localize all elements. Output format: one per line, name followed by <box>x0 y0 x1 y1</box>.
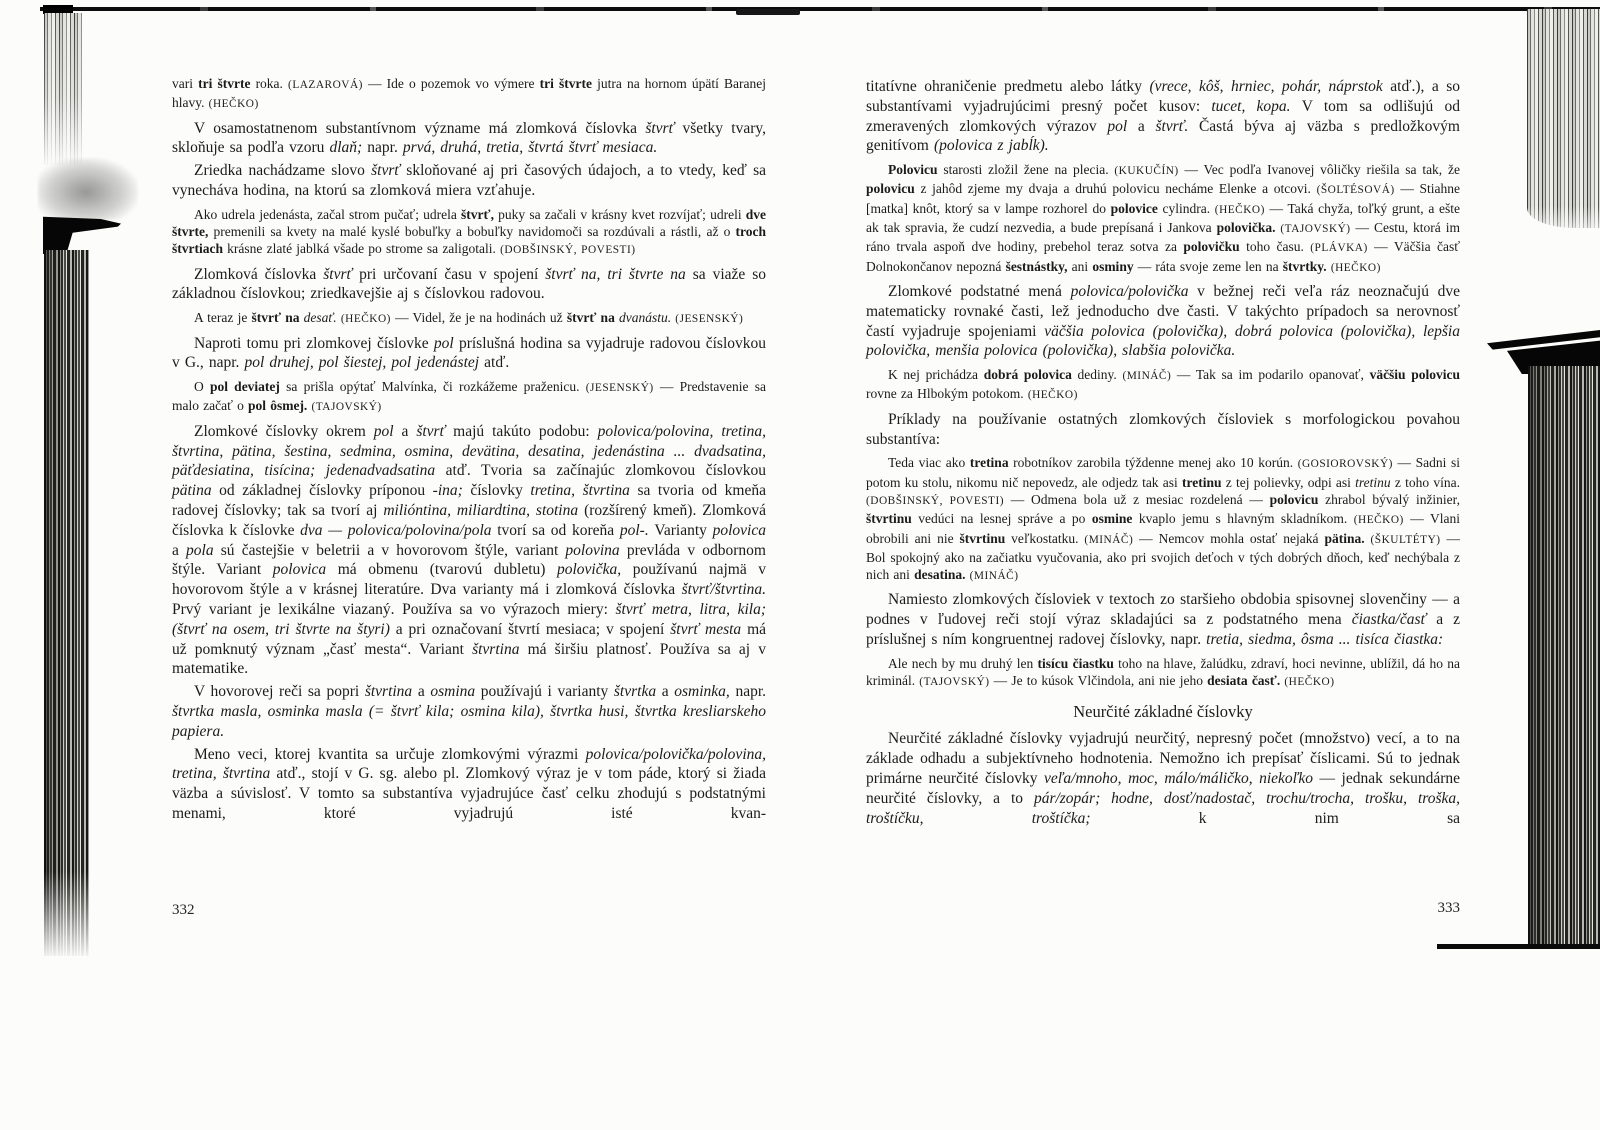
text-run: štvrť na <box>252 310 304 325</box>
text-run: štvrť <box>416 423 453 440</box>
text-run: a <box>401 423 416 440</box>
text-run: sa prišla opýtať Malvínka, či rozkážeme … <box>286 379 586 394</box>
paragraph: Zriedka nachádzame slovo štvrť skloňovan… <box>172 161 766 201</box>
text-run: (GOSIOROVSKÝ) <box>1298 458 1393 470</box>
text-run: štvrtina <box>472 641 528 658</box>
text-run: dobrá polovica <box>984 367 1078 382</box>
scan-right-page-edge-streaks-bottom <box>1528 366 1600 948</box>
page-number-right: 333 <box>866 900 1460 917</box>
text-run: — ráta svoje zeme len na <box>1138 259 1283 274</box>
text-run: (HEČKO) <box>209 98 259 110</box>
text-run: dediny. <box>1078 367 1123 382</box>
text-run: tretia, siedma, ôsma ... tisíca čiastka: <box>1206 631 1443 648</box>
text-run: dlaň; <box>329 139 367 156</box>
text-run: a <box>418 683 431 700</box>
text-run: — Vec podľa Ivanovej vôličky riešila sa … <box>1179 162 1460 177</box>
text-run: Ako udrela jedenásta, začal strom pučať;… <box>194 207 461 222</box>
text-run: polovice <box>1111 201 1163 216</box>
text-run: dvanástu. <box>619 310 675 325</box>
text-run: štvrtinu <box>866 511 918 526</box>
text-run: (TAJOVSKÝ) <box>312 401 382 413</box>
text-run: z jahôd zjeme my dvaja a druhú polovicu … <box>920 181 1316 196</box>
text-run: číslovky <box>470 482 530 499</box>
text-run: (HEČKO) <box>1028 389 1078 401</box>
text-run: polovicu <box>1270 492 1326 507</box>
text-run: vari <box>172 76 198 91</box>
scan-left-page-edge-streaks-bottom <box>44 250 89 956</box>
text-run: polovička, <box>557 561 633 578</box>
text-run: osmina <box>430 683 480 700</box>
scan-left-smudge <box>38 158 138 220</box>
text-run: veľa/mnoho, moc, málo/máličko, niekoľko <box>1044 770 1319 787</box>
scan-right-page-edge-streaks-top <box>1527 9 1600 228</box>
text-run: V osamostatnenom substantívnom význame m… <box>194 120 645 137</box>
text-run: (MINÁČ) <box>1084 534 1133 546</box>
text-run: štvrť <box>323 266 359 283</box>
text-run: štvrť <box>645 120 682 137</box>
scan-left-ink-wedge <box>43 216 121 254</box>
text-run: K nej prichádza <box>888 367 984 382</box>
text-run: tri štvrte <box>540 76 597 91</box>
page-number-left: 332 <box>172 902 195 919</box>
text-run: šestnástky, <box>1006 259 1072 274</box>
text-run: A teraz je <box>194 310 252 325</box>
text-run: väčšiu polovicu <box>1370 367 1460 382</box>
text-run: (TAJOVSKÝ) <box>919 676 989 688</box>
text-run: — Nemcov mohla ostať nejaká <box>1133 531 1324 546</box>
text-run: prvá, druhá, tretia, štvrtá štvrť mesiac… <box>403 139 657 156</box>
text-run: — Ide o pozemok vo výmere <box>363 76 540 91</box>
text-run: z toho vína. <box>1395 475 1460 490</box>
text-run: štvrť na <box>567 310 619 325</box>
paragraph: Neurčité základné číslovky vyjadrujú neu… <box>866 729 1460 828</box>
scan-top-middle-ink-blob <box>736 9 800 15</box>
text-run: (HEČKO) <box>1331 262 1381 274</box>
paragraph: Teda viac ako tretina robotníkov zarobil… <box>866 454 1460 585</box>
text-run: pol <box>374 423 402 440</box>
text-run: tvorí sa od koreňa <box>497 522 620 539</box>
text-run: vedúci na lesnej správe a po <box>918 511 1092 526</box>
paragraph: O pol deviatej sa prišla opýtať Malvínka… <box>172 378 766 417</box>
text-run: robotníkov zarobila týždenne menej ako 1… <box>1013 455 1298 470</box>
text-run: Varianty <box>654 522 712 539</box>
text-run: Naproti tomu pri zlomkovej číslovke <box>194 335 434 352</box>
text-run: V hovorovej reči sa popri <box>194 683 365 700</box>
text-run: polovina <box>565 542 626 559</box>
scan-bottom-right-edge-line <box>1437 944 1600 949</box>
paragraph: K nej prichádza dobrá polovica dediny. (… <box>866 366 1460 405</box>
paragraph: Zlomkové číslovky okrem pol a štvrť majú… <box>172 422 766 679</box>
text-run: štvrť. <box>1155 118 1198 135</box>
text-run: Meno veci, ktorej kvantita sa určuje zlo… <box>194 746 586 763</box>
text-run: (MINÁČ) <box>970 570 1019 582</box>
text-run: desať. <box>304 310 341 325</box>
text-run: Príklady na používanie ostatných zlomkov… <box>866 411 1460 448</box>
text-run: (PLÁVKA) <box>1310 242 1368 254</box>
text-run: roka. <box>256 76 288 91</box>
text-run: štvrtka masla, osminka masla (= štvrť ki… <box>172 703 766 740</box>
text-run: desatina. <box>914 567 970 582</box>
text-run: polovica <box>713 522 766 539</box>
paragraph: Meno veci, ktorej kvantita sa určuje zlo… <box>172 745 766 824</box>
text-run: titatívne ohraničenie predmetu alebo lát… <box>866 78 1150 95</box>
scan-top-edge-line <box>40 7 1600 11</box>
text-run: pätina <box>172 482 219 499</box>
text-run: tretinu <box>1355 475 1395 490</box>
text-run: Prvý variant je lexikálne viazaný. Použí… <box>172 601 615 618</box>
text-run: štvrť/štvrtina. <box>682 581 766 598</box>
text-run: ani <box>1072 259 1093 274</box>
paragraph: Príklady na používanie ostatných zlomkov… <box>866 410 1460 450</box>
text-run: osmine <box>1092 511 1139 526</box>
paragraph: Ako udrela jedenásta, začal strom pučať;… <box>172 206 766 260</box>
text-run: (DOBŠINSKÝ, POVESTI) <box>866 495 1004 507</box>
text-run: sú častejšie v beletrii a v hovorovom št… <box>221 542 566 559</box>
text-run: pola <box>186 542 221 559</box>
text-run: k nim sa <box>1199 810 1460 827</box>
text-run: (DOBŠINSKÝ, POVESTI) <box>500 244 635 256</box>
text-run: (KUKUČÍN) <box>1114 165 1178 177</box>
text-run: osminy <box>1092 259 1137 274</box>
text-run: pätina. <box>1324 531 1370 546</box>
text-run: polovička. <box>1217 220 1281 235</box>
text-run: (HEČKO) <box>1284 676 1334 688</box>
text-run: polovičku <box>1183 239 1246 254</box>
text-run: tri štvrte <box>198 76 255 91</box>
text-run: tisícu čiastku <box>1038 656 1119 671</box>
text-run: zhrabol bývalý inžinier, <box>1325 492 1460 507</box>
text-run: Zlomková číslovka <box>194 266 323 283</box>
paragraph: Namiesto zlomkových čísloviek v textoch … <box>866 590 1460 649</box>
text-run: tretina, štvrtina <box>530 482 637 499</box>
paragraph: titatívne ohraničenie predmetu alebo lát… <box>866 77 1460 156</box>
paragraph: vari tri štvrte roka. (LAZAROVÁ) — Ide o… <box>172 75 766 114</box>
paragraph: Naproti tomu pri zlomkovej číslovke pol … <box>172 334 766 374</box>
text-run: napr. <box>367 139 403 156</box>
text-run: a <box>662 683 675 700</box>
text-run: používajú i varianty <box>481 683 614 700</box>
text-run: atď. Tvoria sa začínajúc zlomkovou číslo… <box>446 462 766 479</box>
text-run: (polovica z jabĺk). <box>934 137 1049 154</box>
text-run: — Tak sa im podarilo opanovať, <box>1171 367 1369 382</box>
text-run: cylindra. <box>1163 201 1215 216</box>
text-run: desiata časť. <box>1207 673 1284 688</box>
text-run: od základnej číslovky príponou <box>219 482 433 499</box>
text-run: (MINÁČ) <box>1122 370 1171 382</box>
text-run: Neurčité základné číslovky <box>1073 702 1253 721</box>
scan-left-page-edge-streaks-top <box>44 13 82 165</box>
text-run: polovicu <box>866 181 920 196</box>
text-run: a <box>1138 118 1156 135</box>
text-run: premenili sa kvety na malé kyslé bobuľky… <box>214 224 736 239</box>
text-run: (ŠOLTÉSOVÁ) <box>1317 184 1395 196</box>
text-run: pol ôsmej. <box>248 398 311 413</box>
text-run: kvaplo jemu s hlavným skladníkom. <box>1139 511 1354 526</box>
text-run: — Videl, že je na hodinách už <box>391 310 567 325</box>
text-run: (JESENSKÝ) <box>675 313 743 325</box>
text-run: štvrť <box>371 162 406 179</box>
text-run: O <box>194 379 210 394</box>
text-run: polovica/polovička <box>1071 283 1198 300</box>
text-run: veľkostatku. <box>1011 531 1084 546</box>
text-run: z tej polievky, odpi asi <box>1226 475 1355 490</box>
text-run: pol druhej, pol šiestej, pol jedenástej <box>244 354 484 371</box>
paragraph: V osamostatnenom substantívnom význame m… <box>172 119 766 159</box>
text-run: štvrtinu <box>959 531 1011 546</box>
paragraph: V hovorovej reči sa popri štvrtina a osm… <box>172 682 766 741</box>
text-run: majú takúto podobu: <box>453 423 597 440</box>
text-run: tretinu <box>1182 475 1226 490</box>
text-run: atď. <box>484 354 509 371</box>
text-run: tucet, kopa. <box>1211 98 1301 115</box>
section-heading: Neurčité základné číslovky <box>866 702 1460 722</box>
text-run: starosti zložil žene na plecia. <box>943 162 1114 177</box>
text-run: (TAJOVSKÝ) <box>1280 223 1350 235</box>
text-run: (LAZAROVÁ) <box>288 79 363 91</box>
text-run: (HEČKO) <box>1215 204 1265 216</box>
text-run: -ina; <box>433 482 471 499</box>
paragraph: Ale nech by mu druhý len tisícu čiastku … <box>866 655 1460 692</box>
text-run: pol <box>1107 118 1138 135</box>
text-run: (JESENSKÝ) <box>586 382 654 394</box>
text-run: pol deviatej <box>210 379 286 394</box>
text-run: štvrtky. <box>1283 259 1331 274</box>
text-run: (ŠKULTÉTY) <box>1371 534 1441 546</box>
text-run: — Odmena bola už z mesiac rozdelená — <box>1004 492 1270 507</box>
paragraph: Zlomkové podstatné mená polovica/polovič… <box>866 282 1460 361</box>
text-run: toho času. <box>1246 239 1310 254</box>
text-run: a pri označovaní štvrtí mesiaca; v spoje… <box>396 621 670 638</box>
text-run: štvrť na, tri štvrte na <box>545 266 693 283</box>
text-run: Polovicu <box>888 162 943 177</box>
text-run: napr. <box>735 683 766 700</box>
text-run: Zriedka nachádzame slovo <box>194 162 371 179</box>
text-run: (HEČKO) <box>1354 514 1404 526</box>
text-run: krásne zlaté jablká všade po strome sa z… <box>227 241 500 256</box>
paragraph: A teraz je štvrť na desať. (HEČKO) — Vid… <box>172 309 766 328</box>
text-run: štvrť, <box>461 207 498 222</box>
text-run: dva — polovica/polovina/pola <box>300 522 497 539</box>
text-run: pri určovaní času v spojení <box>359 266 545 283</box>
text-run: štvrť mesta <box>670 621 747 638</box>
text-run: — Je to kúsok Vlčindola, ani nie jeho <box>989 673 1207 688</box>
text-run: a <box>172 542 186 559</box>
text-run: pol-. <box>620 522 655 539</box>
text-run: pol <box>434 335 459 352</box>
text-run: čiastka/časť <box>1352 611 1437 628</box>
left-page-text-column: vari tri štvrte roka. (LAZAROVÁ) — Ide o… <box>172 70 766 827</box>
paragraph: Zlomková číslovka štvrť pri určovaní čas… <box>172 265 766 305</box>
text-run: puky sa začali v krásny kvet rozvíjať; u… <box>498 207 746 222</box>
text-run: Ale nech by mu druhý len <box>888 656 1038 671</box>
text-run: má obmenu (tvarovú dubletu) <box>338 561 557 578</box>
paragraph: Polovicu starosti zložil žene na plecia.… <box>866 161 1460 277</box>
text-run: polovica <box>273 561 338 578</box>
text-run: štvrtka <box>614 683 662 700</box>
text-run: Teda viac ako <box>888 455 970 470</box>
text-run: tretina <box>970 455 1013 470</box>
right-page-text-column: titatívne ohraničenie predmetu alebo lát… <box>866 74 1460 831</box>
text-run: rovne za Hlbokým potokom. <box>866 386 1028 401</box>
text-run: (HEČKO) <box>341 313 391 325</box>
text-run: osminka, <box>674 683 735 700</box>
text-run: (vrece, kôš, hrniec, pohár, náprstok <box>1150 78 1391 95</box>
text-run: štvrtina <box>365 683 418 700</box>
text-run: Zlomkové číslovky okrem <box>194 423 374 440</box>
text-run: milióntina, miliardtina, stotina <box>383 502 584 519</box>
text-run: Zlomkové podstatné mená <box>888 283 1071 300</box>
